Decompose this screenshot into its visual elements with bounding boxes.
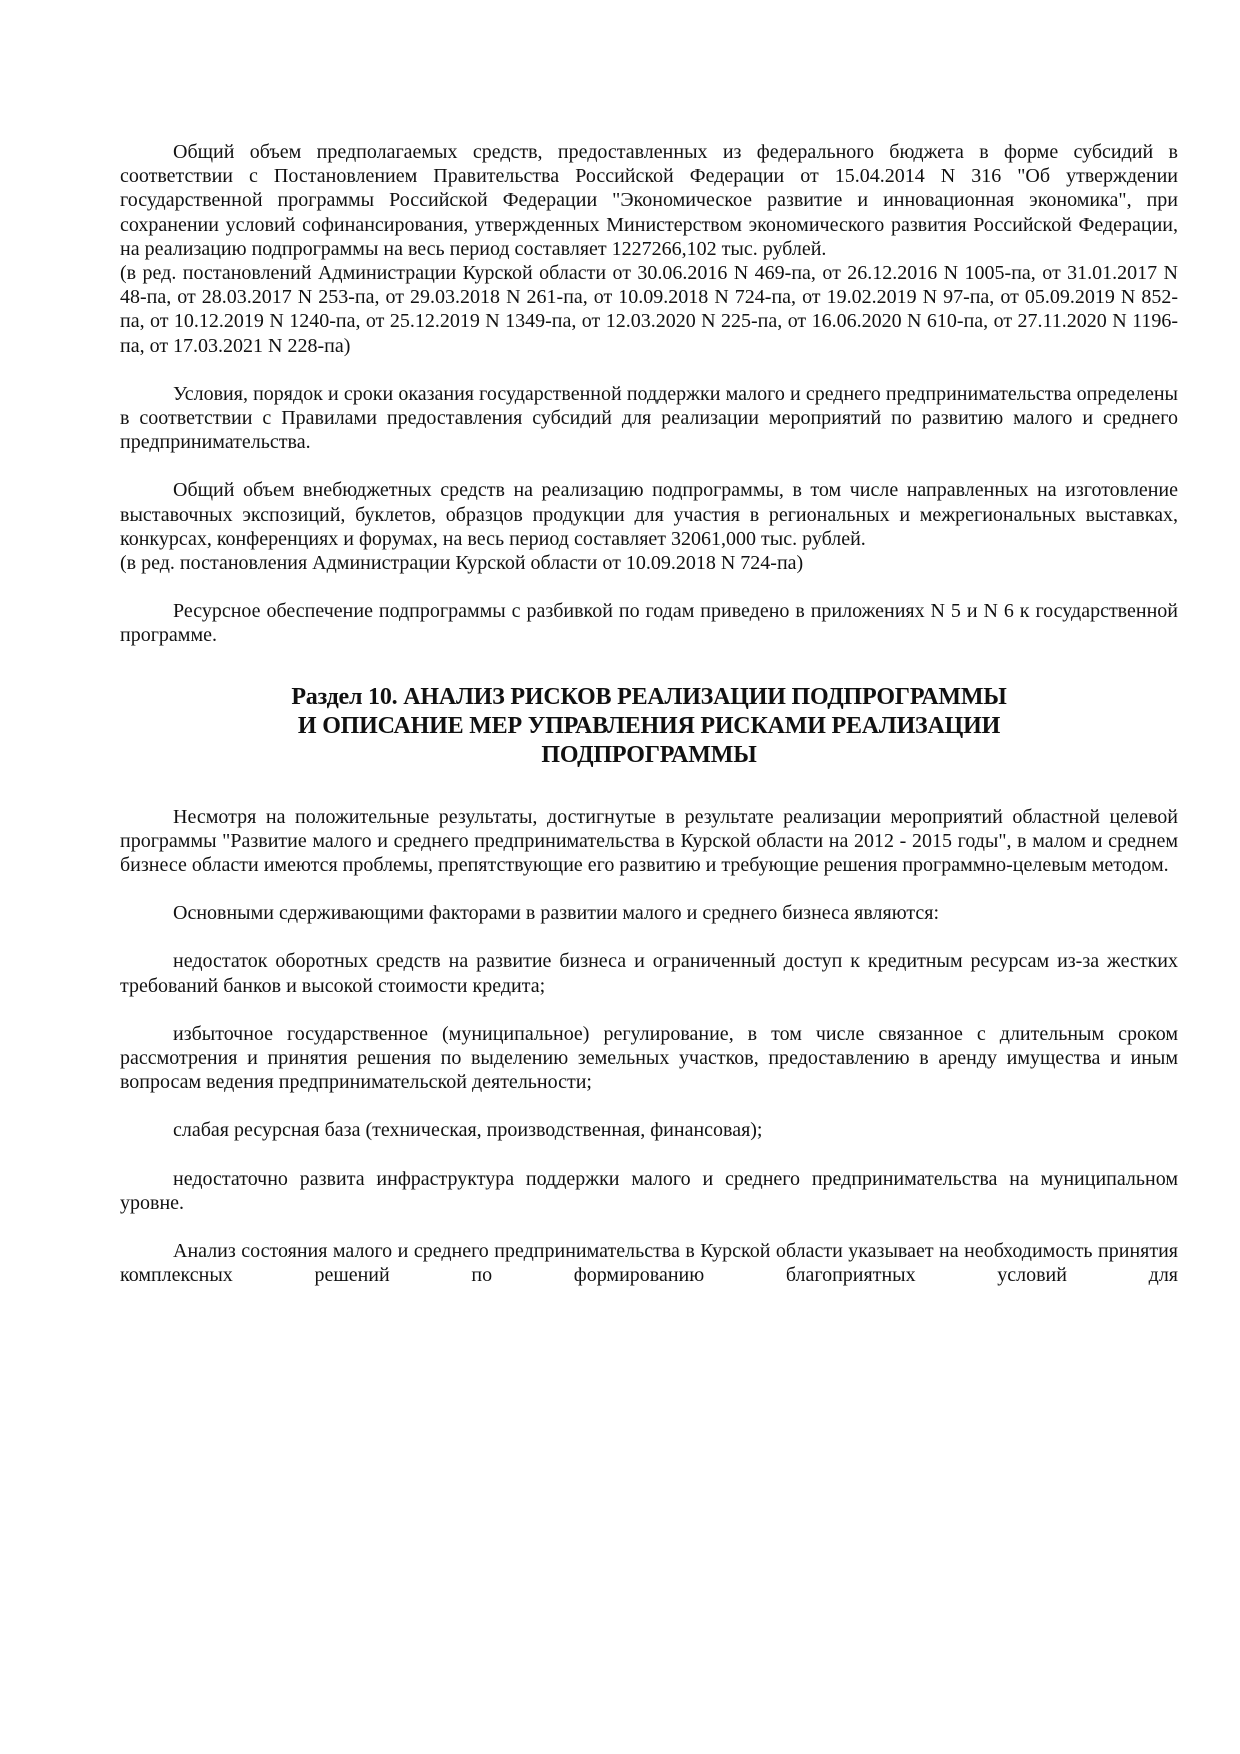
factor-weak-resource-base: слабая ресурсная база (техническая, прои… xyxy=(120,1118,1178,1142)
section-heading-line-3: ПОДПРОГРАММЫ xyxy=(120,741,1178,770)
paragraph-extrabudgetary-funds: Общий объем внебюджетных средств на реал… xyxy=(120,478,1178,551)
factor-excessive-regulation: избыточное государственное (муниципально… xyxy=(120,1022,1178,1095)
paragraph-analysis: Анализ состояния малого и среднего предп… xyxy=(120,1239,1178,1287)
document-page: Общий объем предполагаемых средств, пред… xyxy=(120,140,1178,1288)
section-heading: Раздел 10. АНАЛИЗ РИСКОВ РЕАЛИЗАЦИИ ПОДП… xyxy=(120,683,1178,770)
paragraph-problems: Несмотря на положительные результаты, до… xyxy=(120,805,1178,878)
factor-infrastructure: недостаточно развита инфраструктура подд… xyxy=(120,1167,1178,1215)
section-heading-line-1: Раздел 10. АНАЛИЗ РИСКОВ РЕАЛИЗАЦИИ ПОДП… xyxy=(120,683,1178,712)
amendment-note-2: (в ред. постановления Администрации Курс… xyxy=(120,551,1178,575)
paragraph-constraining-factors: Основными сдерживающими факторами в разв… xyxy=(120,901,1178,925)
paragraph-support-conditions: Условия, порядок и сроки оказания госуда… xyxy=(120,382,1178,455)
amendment-note-1: (в ред. постановлений Администрации Курс… xyxy=(120,261,1178,358)
section-heading-line-2: И ОПИСАНИЕ МЕР УПРАВЛЕНИЯ РИСКАМИ РЕАЛИЗ… xyxy=(120,712,1178,741)
factor-working-capital: недостаток оборотных средств на развитие… xyxy=(120,949,1178,997)
paragraph-resource-provision: Ресурсное обеспечение подпрограммы с раз… xyxy=(120,599,1178,647)
paragraph-federal-budget: Общий объем предполагаемых средств, пред… xyxy=(120,140,1178,261)
